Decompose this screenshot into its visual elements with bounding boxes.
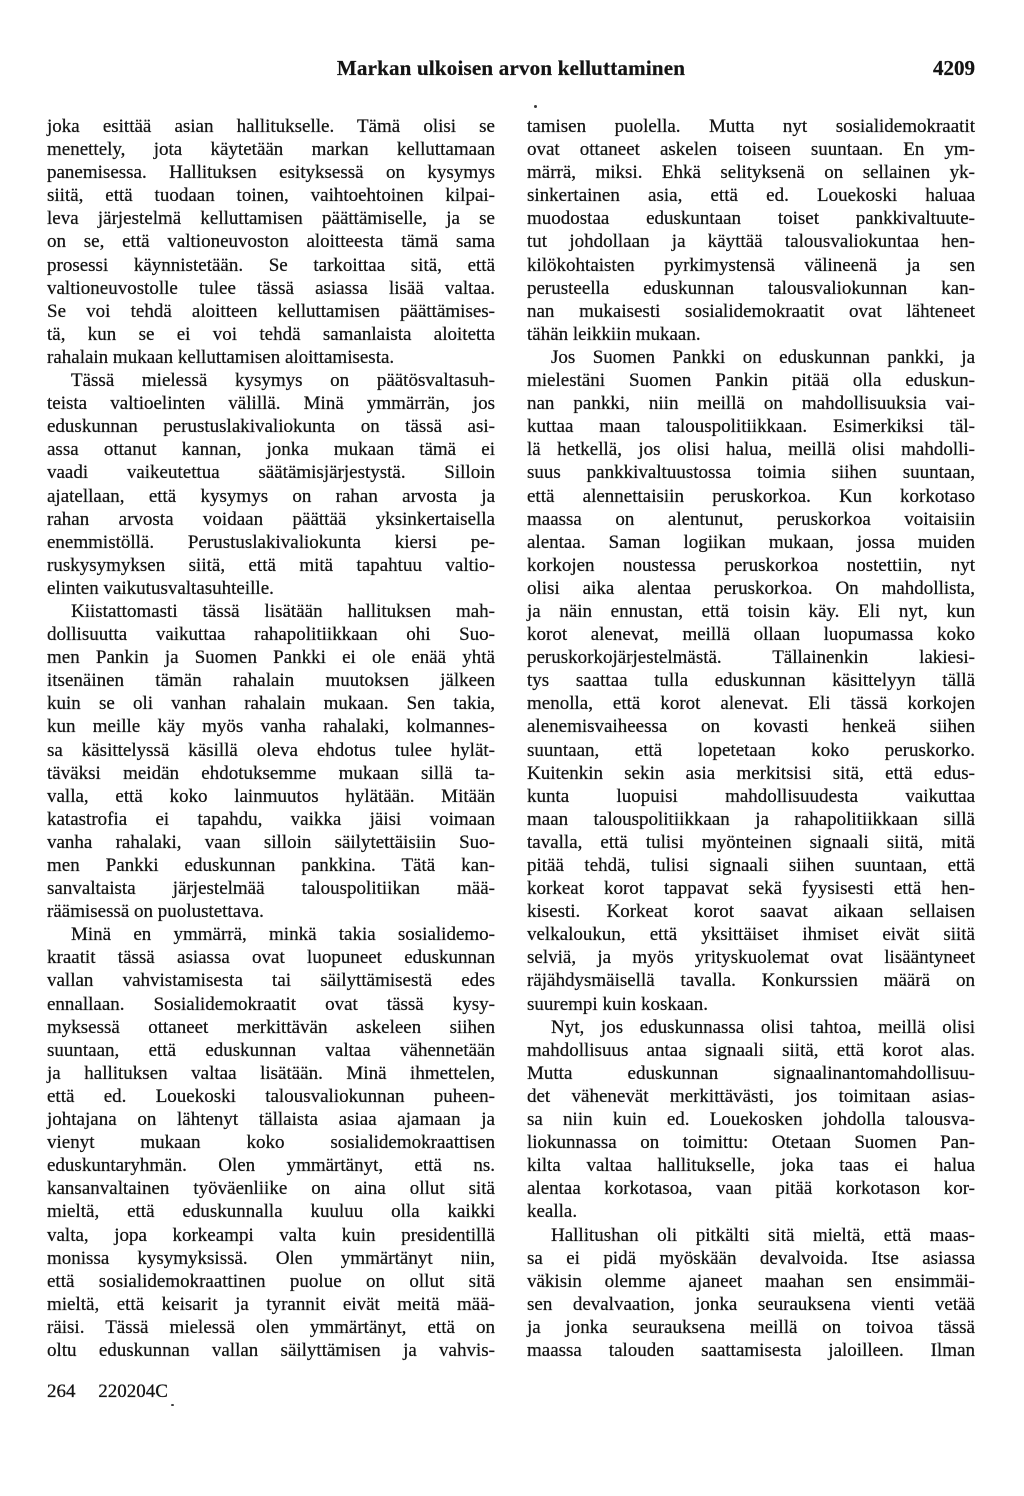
text-line: muodostaa eduskuntaan toiset pankkivaltu… — [527, 207, 975, 230]
text-line: tä, kun se ei voi tehdä samanlaista aloi… — [47, 323, 495, 346]
text-line: alentaa. Saman logiikan mukaan, jossa mu… — [527, 531, 975, 554]
text-line: korot alenevat, meillä ollaan luopumassa… — [527, 623, 975, 646]
text-line: tut johdollaan ja käyttää talousvaliokun… — [527, 230, 975, 253]
text-line: suus pankkivaltuustossa toimia siihen su… — [527, 461, 975, 484]
text-line: väkisin olemme ajaneet maahan sen ensimm… — [527, 1270, 975, 1293]
text-line: maan talouspolitiikkaan ja rahapolitiikk… — [527, 808, 975, 831]
text-line: kun meille käy myös vanha rahalaki, kolm… — [47, 715, 495, 738]
text-line: kuin se oli vanhan rahalain mukaan. Sen … — [47, 692, 495, 715]
page-header: Markan ulkoisen arvon kelluttaminen 4209 — [47, 56, 975, 82]
text-line: korkojen noustessa peruskorkoa nostettii… — [527, 554, 975, 577]
text-line: eduskunnan perustuslakivaliokunta on täs… — [47, 415, 495, 438]
text-line: men Pankin ja Suomen Pankki ei ole enää … — [47, 646, 495, 669]
text-line: liokunnassa on toimittu: Otetaan Suomen … — [527, 1131, 975, 1154]
text-line: vaadi vaikeutettua säätämisjärjestystä. … — [47, 461, 495, 484]
text-line: korkeat korot tappavat sekä fyysisesti e… — [527, 877, 975, 900]
text-line: räjähdysmäisellä tavalla. Konkurssien mä… — [527, 969, 975, 992]
text-line: kilta valtaa hallitukselle, joka taas ei… — [527, 1154, 975, 1177]
text-line: ovat ottaneet askelen toiseen suuntaan. … — [527, 138, 975, 161]
text-body: joka esittää asian hallitukselle. Tämä o… — [47, 115, 975, 1362]
paragraph: Tässä mielessä kysymys on päätösvaltasuh… — [47, 369, 495, 600]
text-line: tähän leikkiin mukaan. — [527, 323, 975, 346]
text-line: tamisen puolella. Mutta nyt sosialidemok… — [527, 115, 975, 138]
text-line: ja näin ennustan, että toisin käy. Eli n… — [527, 600, 975, 623]
text-line: valla, että koko lainmuutos hylätään. Mi… — [47, 785, 495, 808]
text-line: nan pankki, niin meillä on mahdollisuuks… — [527, 392, 975, 415]
text-line: monissa kysymyksissä. Olen ymmärtänyt ni… — [47, 1247, 495, 1270]
paragraph: Hallitushan oli pitkälti sitä mieltä, et… — [527, 1224, 975, 1363]
text-line: mielestäni Suomen Pankin pitää olla edus… — [527, 369, 975, 392]
paragraph: Jos Suomen Pankki on eduskunnan pankki, … — [527, 346, 975, 1016]
paragraph: Kiistattomasti tässä lisätään hallitukse… — [47, 600, 495, 923]
text-line: velkaloukun, että yksittäiset ihmiset ei… — [527, 923, 975, 946]
text-line: olisi aika alentaa peruskorkoa. On mahdo… — [527, 577, 975, 600]
text-line: sanvaltaista järjestelmää talouspolitiik… — [47, 877, 495, 900]
text-line: elinten vaikutusvaltasuhteille. — [47, 577, 495, 600]
text-line: että sosialidemokraattinen puolue on oll… — [47, 1270, 495, 1293]
text-line: Nyt, jos eduskunnassa olisi tahtoa, meil… — [527, 1016, 975, 1039]
text-line: vienyt mukaan koko sosialidemokraattisen — [47, 1131, 495, 1154]
text-line: teista valtioelinten välillä. Minä ymmär… — [47, 392, 495, 415]
signature-number: 264 — [47, 1381, 76, 1402]
text-line: Kiistattomasti tässä lisätään hallitukse… — [47, 600, 495, 623]
text-line: on se, että valtioneuvoston aloitteesta … — [47, 230, 495, 253]
text-line: suurempi kuin koskaan. — [527, 993, 975, 1016]
text-line: Tässä mielessä kysymys on päätösvaltasuh… — [47, 369, 495, 392]
text-line: myksessä ottaneet merkittävän askeleen s… — [47, 1016, 495, 1039]
paragraph: joka esittää asian hallitukselle. Tämä o… — [47, 115, 495, 369]
text-line: Hallitushan oli pitkälti sitä mieltä, et… — [527, 1224, 975, 1247]
text-line: valta, jopa korkeampi valta kuin preside… — [47, 1224, 495, 1247]
text-line: kunta luopuisi mahdollisuudesta vaikutta… — [527, 785, 975, 808]
text-line: sa niin kuin ed. Louekosken johdolla tal… — [527, 1108, 975, 1131]
paragraph: tamisen puolella. Mutta nyt sosialidemok… — [527, 115, 975, 346]
text-line: sinkertainen asia, että ed. Louekoski ha… — [527, 184, 975, 207]
scan-artifact-dot — [171, 1404, 174, 1406]
text-line: valtioneuvostolle tulee tässä asiassa li… — [47, 277, 495, 300]
text-line: räisi. Tässä mielessä olen ymmärtänyt, e… — [47, 1316, 495, 1339]
document-page: Markan ulkoisen arvon kelluttaminen 4209… — [0, 0, 1024, 1496]
text-line: lä hetkellä, jos olisi halua, meillä oli… — [527, 438, 975, 461]
text-line: kilökohtaisten pyrkimystensä välineenä j… — [527, 254, 975, 277]
text-line: johtajana on lähtenyt tällaista asiaa aj… — [47, 1108, 495, 1131]
text-line: Jos Suomen Pankki on eduskunnan pankki, … — [527, 346, 975, 369]
text-line: sa ei pidä myöskään devalvoida. Itse asi… — [527, 1247, 975, 1270]
paragraph: Minä en ymmärrä, minkä takia sosialidemo… — [47, 923, 495, 1362]
text-line: Mutta eduskunnan signaalinantomahdollisu… — [527, 1062, 975, 1085]
text-line: suuntaan, että lopetetaan koko peruskork… — [527, 739, 975, 762]
print-code: 220204C — [98, 1381, 168, 1402]
text-line: kuttaa maan talouspolitiikkaan. Esimerki… — [527, 415, 975, 438]
right-column: tamisen puolella. Mutta nyt sosialidemok… — [527, 115, 975, 1362]
text-line: että alennettaisiin peruskorkoa. Kun kor… — [527, 485, 975, 508]
text-line: assa ottanut kannan, jonka mukaan tämä e… — [47, 438, 495, 461]
text-line: ajatellaan, että kysymys on rahan arvost… — [47, 485, 495, 508]
text-line: perusteella eduskunnan talousvaliokunnan… — [527, 277, 975, 300]
text-line: leva järjestelmä kelluttamisen päättämis… — [47, 207, 495, 230]
text-line: siitä, että tuodaan toinen, vaihtoehtoin… — [47, 184, 495, 207]
text-line: Minä en ymmärrä, minkä takia sosialidemo… — [47, 923, 495, 946]
text-line: oltu eduskunnan vallan säilyttämisen ja … — [47, 1339, 495, 1362]
paragraph: Nyt, jos eduskunnassa olisi tahtoa, meil… — [527, 1016, 975, 1224]
text-line: räämisessä on puolustettava. — [47, 900, 495, 923]
text-line: vallan vahvistamisesta tai säilyttämises… — [47, 969, 495, 992]
text-line: maassa on alentunut, peruskorkoa voitais… — [527, 508, 975, 531]
text-line: dollisuutta vaikuttaa rahapolitiikkaan o… — [47, 623, 495, 646]
text-line: rahan arvosta voidaan päättää yksinkerta… — [47, 508, 495, 531]
text-line: eduskuntaryhmän. Olen ymmärtänyt, että n… — [47, 1154, 495, 1177]
left-column: joka esittää asian hallitukselle. Tämä o… — [47, 115, 495, 1362]
text-line: vanha rahalaki, vaan silloin säilytettäi… — [47, 831, 495, 854]
text-line: men Pankki eduskunnan pankkina. Tätä kan… — [47, 854, 495, 877]
text-line: alenemisvaiheessa on kovasti henkeä siih… — [527, 715, 975, 738]
text-line: märrä, miksi. Ehkä selityksenä on sellai… — [527, 161, 975, 184]
text-line: kansanvaltainen työväenliike on aina oll… — [47, 1177, 495, 1200]
text-line: tys saattaa tulla eduskunnan käsittelyyn… — [527, 669, 975, 692]
text-line: sa käsittelyssä käsillä oleva ehdotus tu… — [47, 739, 495, 762]
text-line: prosessi käynnistetään. Se tarkoittaa si… — [47, 254, 495, 277]
text-line: mieltä, että keisarit ja tyrannit eivät … — [47, 1293, 495, 1316]
text-line: kisesti. Korkeat korot saavat aikaan sel… — [527, 900, 975, 923]
text-line: maassa talouden saattamisesta jaloilleen… — [527, 1339, 975, 1362]
text-line: joka esittää asian hallitukselle. Tämä o… — [47, 115, 495, 138]
text-line: selviä, ja myös yrityskuolemat ovat lisä… — [527, 946, 975, 969]
text-line: suuntaan, että eduskunnan valtaa vähenne… — [47, 1039, 495, 1062]
text-line: pitää tehdä, tulisi signaali siihen suun… — [527, 854, 975, 877]
text-line: kraatit tässä asiassa ovat luopuneet edu… — [47, 946, 495, 969]
text-line: Se voi tehdä aloitteen kelluttamisen pää… — [47, 300, 495, 323]
scan-artifact-dot — [534, 105, 537, 108]
text-line: itsenäinen tämän rahalain muutoksen jälk… — [47, 669, 495, 692]
text-line: alentaa korkotasoa, vaan pitää korkotaso… — [527, 1177, 975, 1200]
text-line: enemmistöllä. Perustuslakivaliokunta kie… — [47, 531, 495, 554]
text-line: tavalla, että tulisi myönteinen signaali… — [527, 831, 975, 854]
text-line: ja jonka seurauksena meillä on toivoa tä… — [527, 1316, 975, 1339]
text-line: ennallaan. Sosialidemokraatit ovat tässä… — [47, 993, 495, 1016]
text-line: panemisessa. Hallituksen esityksessä on … — [47, 161, 495, 184]
text-line: menettely, jota käytetään markan kellutt… — [47, 138, 495, 161]
text-line: ja hallituksen valtaa lisätään. Minä ihm… — [47, 1062, 495, 1085]
text-line: kealla. — [527, 1200, 975, 1223]
text-line: ruskysymyksen siitä, että mitä tapahtuu … — [47, 554, 495, 577]
text-line: menolla, että korot alenevat. Eli tässä … — [527, 692, 975, 715]
text-line: täväksi meidän ehdotuksemme mukaan sillä… — [47, 762, 495, 785]
print-footer: 264 220204C — [47, 1381, 168, 1403]
running-head-title: Markan ulkoisen arvon kelluttaminen — [47, 56, 975, 81]
text-line: det vähenevät merkittävästi, jos toimita… — [527, 1085, 975, 1108]
text-line: Kuitenkin sekin asia merkitsisi sitä, et… — [527, 762, 975, 785]
text-line: katastrofia ei tapahdu, vaikka jäisi voi… — [47, 808, 495, 831]
text-line: nan mukaisesti sosialidemokraatit ovat l… — [527, 300, 975, 323]
text-line: että ed. Louekoski talousvaliokunnan puh… — [47, 1085, 495, 1108]
page-number: 4209 — [933, 56, 975, 81]
text-line: mahdollisuus antaa signaali siitä, että … — [527, 1039, 975, 1062]
text-line: peruskorkojärjestelmästä. Tällainenkin l… — [527, 646, 975, 669]
text-line: rahalain mukaan kelluttamisen aloittamis… — [47, 346, 495, 369]
text-line: sen devalvaation, jonka seurauksena vien… — [527, 1293, 975, 1316]
text-line: mieltä, että eduskunnalla kuuluu olla ka… — [47, 1200, 495, 1223]
